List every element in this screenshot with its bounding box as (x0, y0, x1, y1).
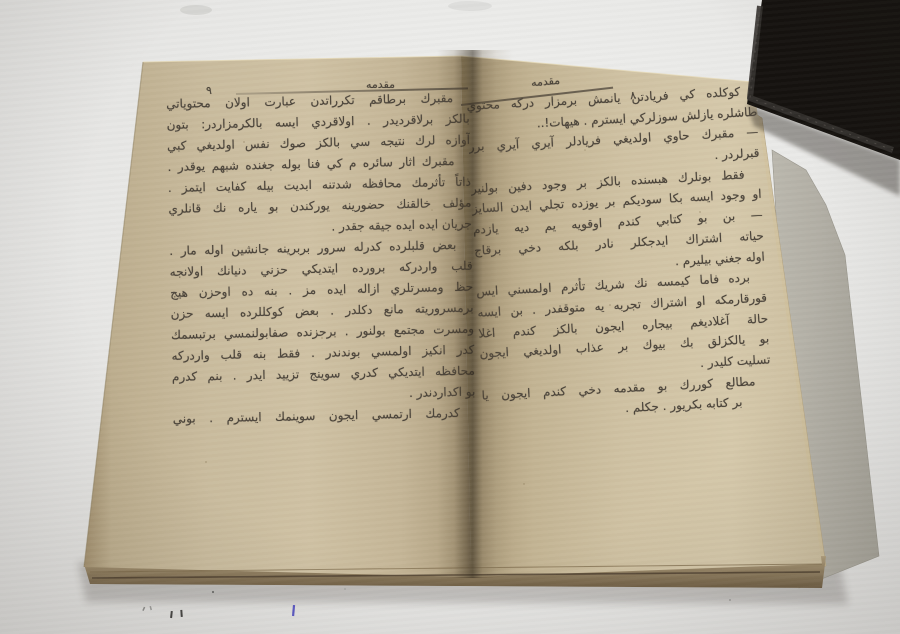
pen-tick (142, 607, 145, 611)
right-page-text-block: كوكلده كي فريادتن يانمش برمزار دركه محتو… (466, 81, 773, 427)
right-page-running-title: مقدمه (530, 74, 560, 89)
left-page-text-block: مقبرك برطاقم تكرراتدن عبارت اولان محتويا… (166, 88, 476, 430)
pen-tick (180, 610, 182, 617)
ink-dot (344, 588, 346, 590)
table-smudge (448, 1, 492, 11)
ink-dot (729, 599, 731, 601)
pen-tick (150, 606, 152, 610)
table-smudge (180, 5, 212, 15)
photo-scene: ٩ مقدمه مقدمه ٨ مقبرك برطاقم تكرراتدن عب… (0, 0, 900, 634)
pen-tick (170, 611, 173, 618)
ink-dot (212, 591, 214, 593)
blue-pen-mark (292, 605, 295, 616)
